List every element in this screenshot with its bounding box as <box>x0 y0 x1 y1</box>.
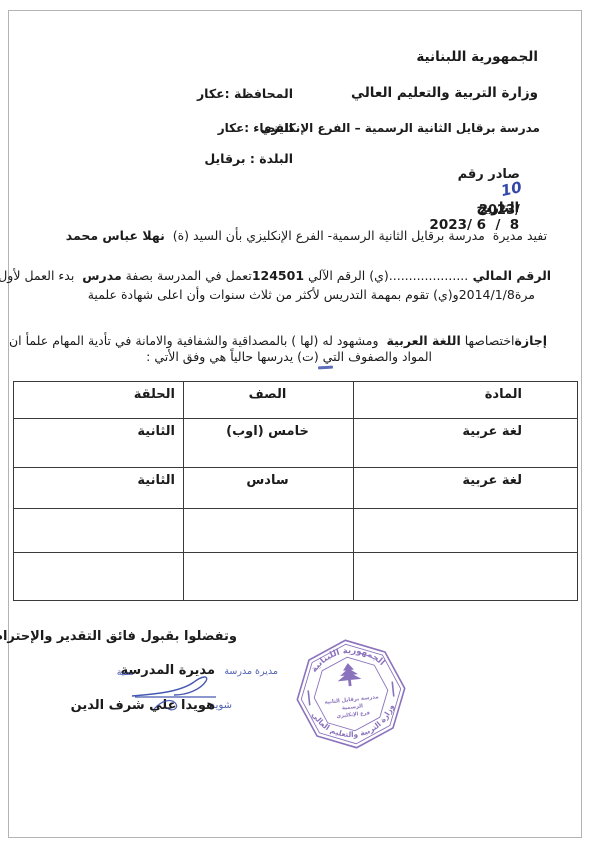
table-row: لغة عربية خامس (اوب) الثانية <box>14 419 578 468</box>
cell-class: سادس <box>184 468 354 509</box>
school-name: مدرسة برقايل الثانية الرسمية – الفرع الإ… <box>261 121 541 136</box>
body-line-1-text: تفيد مديرة مدرسة برقايل الثانية الرسمية-… <box>165 228 547 243</box>
official-seal-stamp: الجمهورية اللبنانية وزارة التربية والتعل… <box>286 629 416 759</box>
header-subject: المادة <box>354 382 578 419</box>
town-label: البلدة : برقايل <box>204 151 293 167</box>
table-row: لغة عربية سادس الثانية <box>14 468 578 509</box>
cell-cycle <box>14 509 184 553</box>
cedar-tree-icon <box>336 662 362 687</box>
cell-subject <box>354 509 578 553</box>
blue-stamp-fragment-right: مديرة مدرسة <box>224 666 278 677</box>
seal-right-dash <box>391 682 394 697</box>
body-line-5: المواد والصفوف التي (ت) يدرسها حالياً هي… <box>146 349 432 365</box>
subjects-table: المادة الصف الحلقة لغة عربية خامس (اوب) … <box>13 381 578 601</box>
table-header-row: المادة الصف الحلقة <box>14 382 578 419</box>
body-line-3: مرة2014/1/8و(ي) تقوم بمهمة التدريس لأكثر… <box>88 287 535 303</box>
role-teacher: مدرس <box>82 268 121 283</box>
republic-title: الجمهورية اللبنانية <box>416 49 538 66</box>
cell-cycle: الثانية <box>14 419 184 468</box>
cell-cycle: الثانية <box>14 468 184 509</box>
cell-subject: لغة عربية <box>354 419 578 468</box>
body-line-2-tail: بدء العمل لأول <box>0 268 82 283</box>
cell-class <box>184 553 354 601</box>
table-row <box>14 553 578 601</box>
cell-class <box>184 509 354 553</box>
teacher-name: نهلا عباس محمد <box>66 228 165 243</box>
degree-word: إجازة <box>515 333 548 348</box>
body-line-2-text: تعمل في المدرسة بصفة <box>122 268 252 283</box>
district-label: القضاء :عكار <box>218 121 293 136</box>
closing-respect-line: وتفضلوا بقبول فائق التقدير والإحترام <box>0 629 237 645</box>
governorate-label: المحافظة :عكار <box>197 86 293 102</box>
cell-subject: لغة عربية <box>354 468 578 509</box>
table-row <box>14 509 578 553</box>
cell-subject <box>354 553 578 601</box>
document-page: الجمهورية اللبنانية وزارة التربية والتعل… <box>0 0 590 849</box>
dotted-blank: ....................(ي) الرقم الآلي <box>304 268 468 283</box>
seal-left-dash <box>307 690 310 705</box>
financial-number-label: الرقم المالي <box>468 268 551 283</box>
cell-cycle <box>14 553 184 601</box>
ministry-title: وزارة التربية والتعليم العالي <box>351 85 538 102</box>
auto-number: 124501 <box>252 268 304 283</box>
specialty-label: اختصاصها <box>461 333 515 348</box>
signature-overstrike <box>150 696 195 714</box>
cell-class: خامس (اوب) <box>184 419 354 468</box>
body-line-4-tail: ومشهود له (لها ) بالمصداقية والشفافية وا… <box>9 333 387 348</box>
specialty-arabic-language: اللغة العربية <box>386 333 460 348</box>
header-class: الصف <box>184 382 354 419</box>
header-cycle: الحلقة <box>14 382 184 419</box>
